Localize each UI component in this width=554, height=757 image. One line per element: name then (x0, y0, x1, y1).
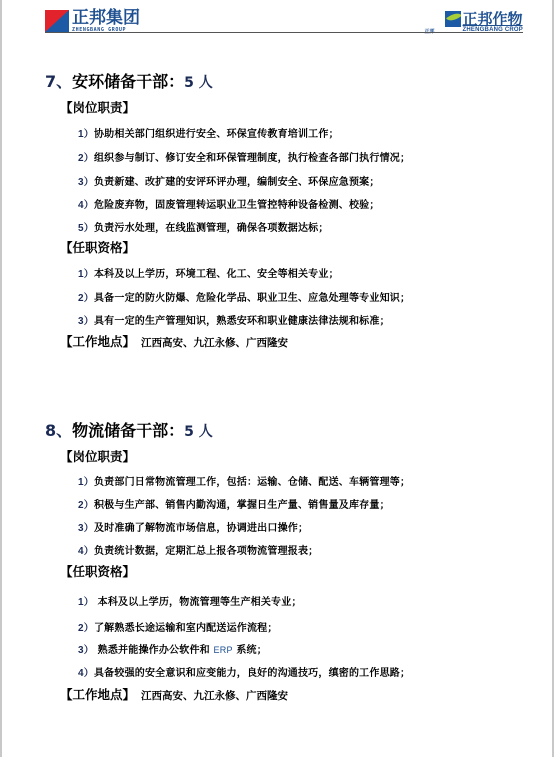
duty-item: 1）协助相关部门组织进行安全、环保宣传教育培训工作； (78, 125, 339, 140)
group-logo-cn: 正邦集团 (72, 10, 140, 27)
duty-item: 2）组织参与制订、修订安全和环保管理制度，执行检查各部门执行情况； (78, 149, 410, 164)
page-border-left (0, 0, 2, 757)
crop-logo-cn: 正邦作物 (463, 11, 523, 27)
qualifications-heading: 【任职资格】 (60, 238, 135, 256)
headcount: 5 人 (184, 424, 213, 440)
duty-item: 5）负责污水处理，在线监测管理，确保各项数据达标； (78, 219, 329, 234)
headcount: 5 人 (184, 75, 213, 91)
duty-item: 1）负责部门日常物流管理工作，包括：运输、仓储、配送、车辆管理等； (78, 473, 410, 488)
location-value: 江西高安、九江永修、广西隆安 (141, 337, 288, 349)
duties-heading: 【岗位职责】 (60, 447, 135, 465)
location-value: 江西高安、九江永修、广西隆安 (141, 690, 288, 702)
section-title-text: 安环储备干部： (72, 72, 184, 91)
duties-heading: 【岗位职责】 (60, 98, 135, 116)
section-title-text: 物流储备干部： (72, 421, 184, 440)
zhengbang-group-logo-icon (45, 10, 69, 32)
erp-text: ERP (214, 645, 233, 655)
section-number: 7、 (45, 72, 72, 91)
duty-item: 2）积极与生产部、销售内勤沟通，掌握日生产量、销售量及库存量； (78, 496, 390, 511)
qualifications-heading: 【任职资格】 (60, 562, 135, 580)
zhengbang-crop-logo: 正邦 正邦作物 ZHENGBANG CROP (445, 11, 523, 34)
duty-item: 3）负责新建、改扩建的安评环评办理，编制安全、环保应急预案； (78, 173, 380, 188)
qualification-item: 1） 本科及以上学历，物流管理等生产相关专业； (78, 593, 302, 608)
section-title: 7、安环储备干部：5 人 (45, 69, 213, 92)
header-divider (45, 32, 523, 33)
qualification-item: 4）具备较强的安全意识和应变能力，良好的沟通技巧，缜密的工作思路； (78, 664, 410, 679)
qualification-item: 3）具有一定的生产管理知识，熟悉安环和职业健康法律法规和标准； (78, 312, 390, 327)
qualification-item: 1）本科及以上学历，环境工程、化工、安全等相关专业； (78, 265, 339, 280)
duty-item: 3）及时准确了解物流市场信息，协调进出口操作； (78, 519, 308, 534)
qualification-item: 2）了解熟悉长途运输和室内配送运作流程； (78, 619, 278, 634)
qualification-item: 3） 熟悉并能操作办公软件和 ERP 系统； (78, 641, 267, 656)
section-number: 8、 (45, 421, 72, 440)
zhengbang-group-logo: 正邦集团 ZHENGBANG GROUP (45, 10, 140, 33)
work-location: 【工作地点】江西高安、九江永修、广西隆安 (60, 685, 288, 703)
location-label: 【工作地点】 (60, 334, 135, 349)
duty-item: 4）危险废弃物，固废管理转运职业卫生管控特种设备检测、校验； (78, 196, 380, 211)
qualification-item: 2）具备一定的防火防爆、危险化学品、职业卫生、应急处理等专业知识； (78, 289, 410, 304)
work-location: 【工作地点】江西高安、九江永修、广西隆安 (60, 332, 288, 350)
location-label: 【工作地点】 (60, 687, 135, 702)
duty-item: 4）负责统计数据，定期汇总上报各项物流管理报表； (78, 542, 318, 557)
section-title: 8、物流储备干部：5 人 (45, 418, 213, 441)
leaf-logo-icon (445, 11, 461, 27)
